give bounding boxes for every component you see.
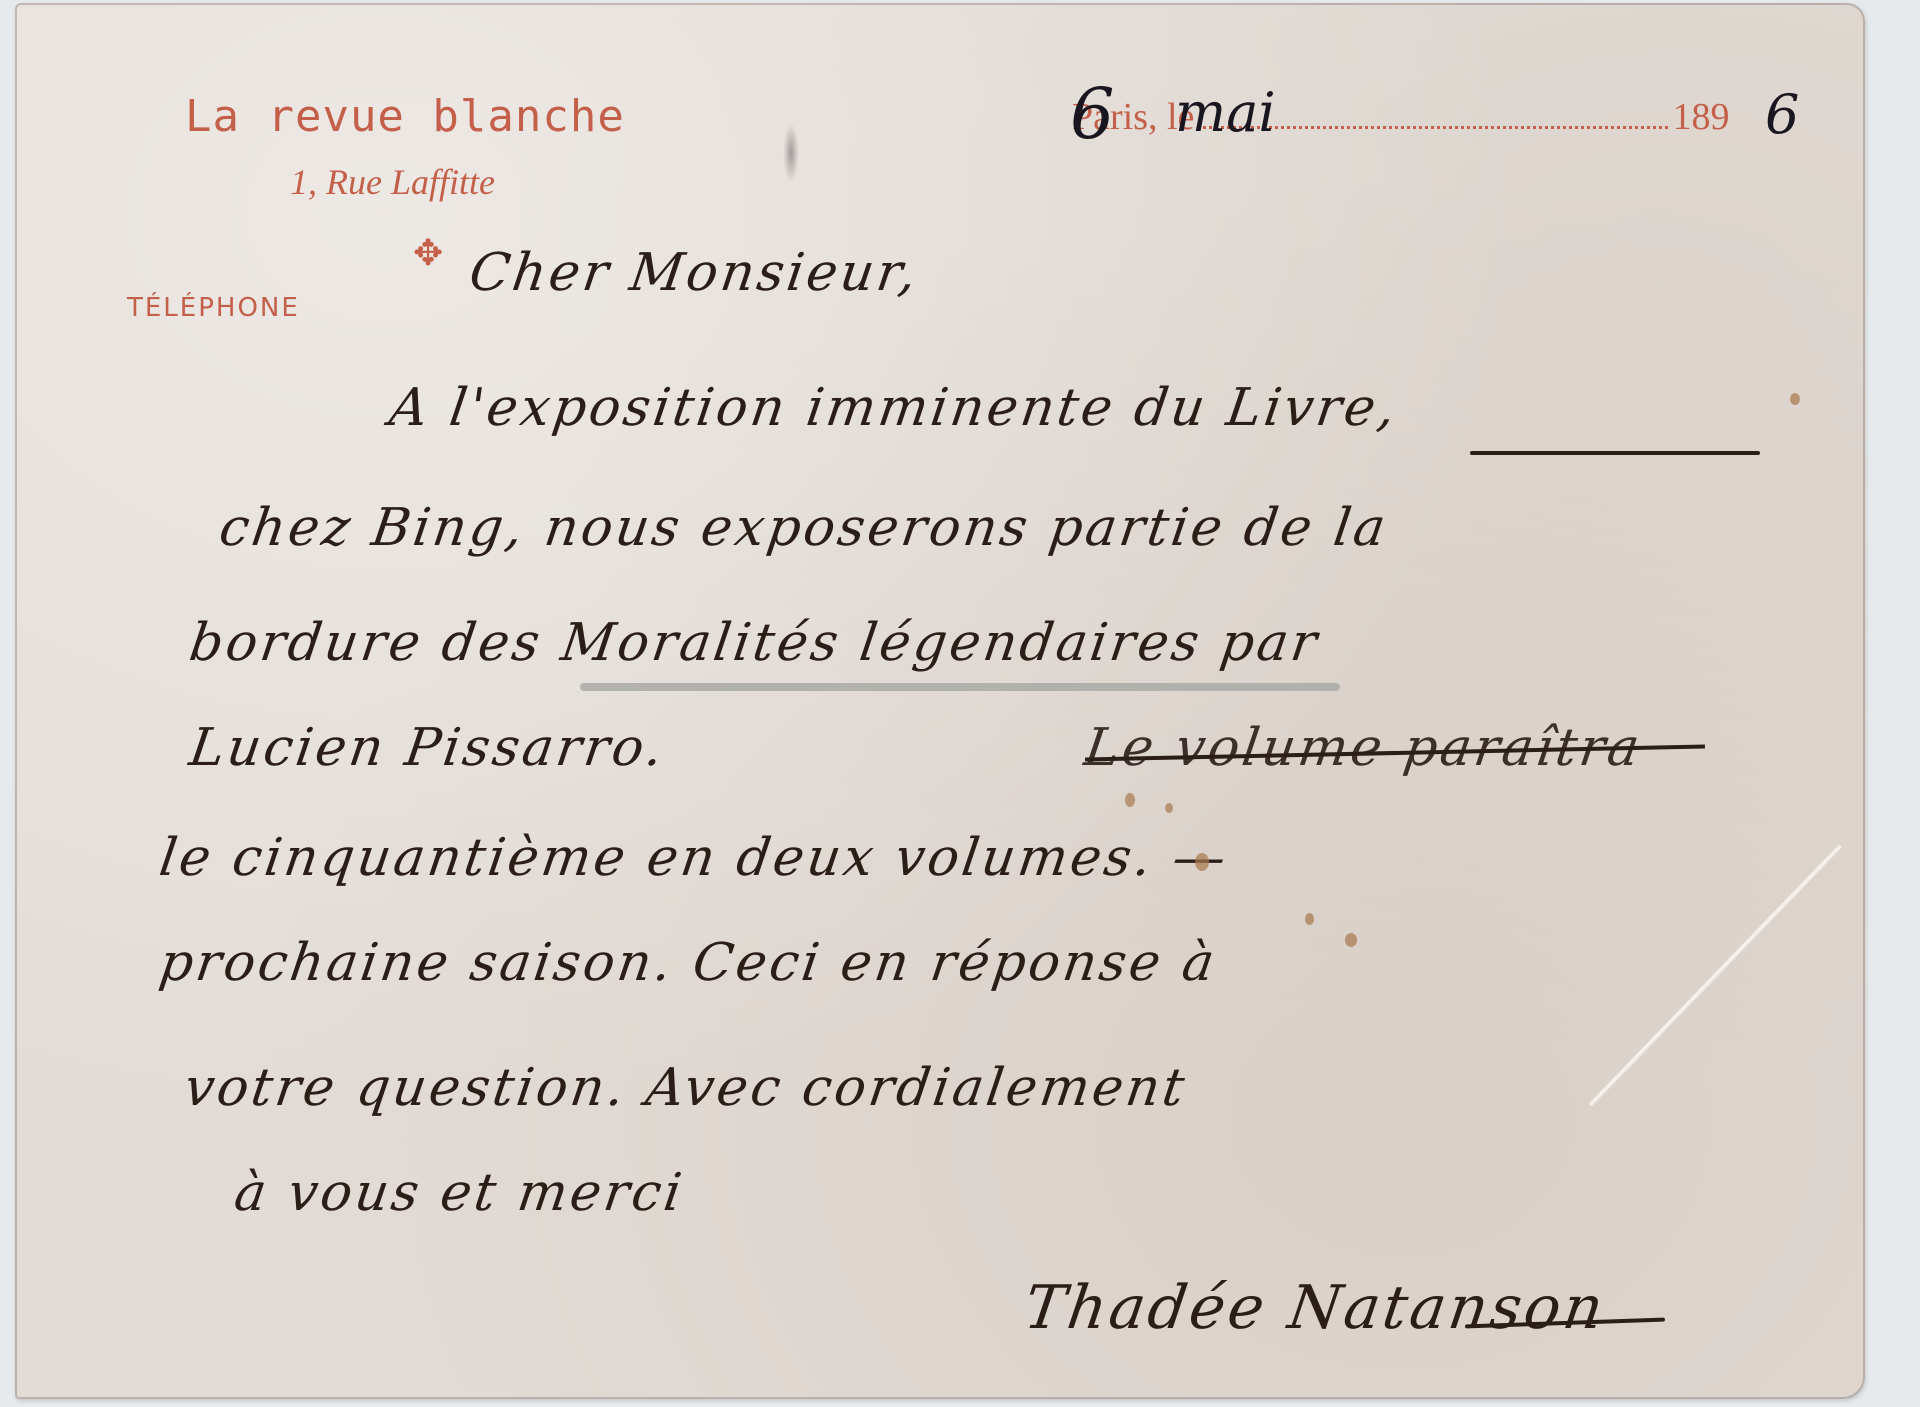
foxing-stain — [1125, 793, 1135, 807]
letter-line-1: A l'exposition imminente du Livre, — [386, 378, 1402, 438]
foxing-stain — [1345, 933, 1357, 947]
letter-line-7: votre question. Avec cordialement — [181, 1058, 1191, 1118]
foxing-stain — [1305, 913, 1314, 925]
ink-smudge — [783, 123, 799, 183]
letterhead-address: 1, Rue Laffitte — [290, 161, 495, 203]
letter-line-2: chez Bing, nous exposerons partie de la — [216, 498, 1392, 558]
corner-crease — [1589, 844, 1841, 1105]
pencil-underline — [580, 683, 1340, 691]
letter-line-3: bordure des Moralités légendaires par — [186, 613, 1324, 673]
letter-line-6: prochaine saison. Ceci en réponse à — [156, 933, 1221, 993]
letter-line-4: Lucien Pissarro. — [186, 718, 670, 778]
foxing-stain — [1165, 803, 1173, 813]
letter-line-8: à vous et merci — [231, 1163, 688, 1223]
foxing-stain — [1790, 393, 1800, 405]
date-month: mai — [1175, 81, 1276, 144]
letterhead-title: La revue blanche — [185, 91, 625, 142]
fleuron-icon: ✥ — [413, 233, 443, 274]
letterhead-telephone: TÉLÉPHONE — [127, 293, 300, 323]
signature: Thadée Natanson — [1020, 1273, 1610, 1343]
dateline: Paris, le 189 — [1072, 95, 1729, 139]
year-prefix: 189 — [1672, 95, 1729, 139]
salutation: Cher Monsieur, — [466, 243, 923, 303]
date-year-digit: 6 — [1765, 83, 1799, 146]
letter-line-5: le cinquantième en deux volumes. — — [156, 828, 1233, 888]
letter-card: La revue blanche 1, Rue Laffitte TÉLÉPHO… — [15, 3, 1865, 1399]
date-day: 6 — [1070, 73, 1115, 155]
foxing-stain — [1195, 853, 1209, 871]
underline-livre — [1470, 451, 1760, 455]
